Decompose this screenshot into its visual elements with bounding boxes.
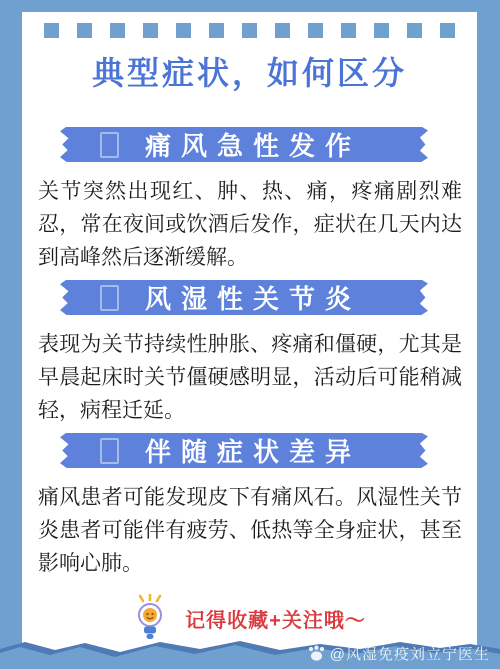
section-heading: 伴随症状差异 — [145, 432, 361, 469]
emoji-placeholder-icon — [100, 438, 119, 464]
strip-square — [143, 23, 158, 38]
strip-square — [407, 23, 422, 38]
strip-square — [341, 23, 356, 38]
section-heading: 痛风急性发作 — [145, 126, 361, 163]
strip-square — [242, 23, 257, 38]
strip-square — [176, 23, 191, 38]
watermark-text: @风湿免疫刘立宁医生 — [330, 643, 490, 664]
section-body: 关节突然出现红、肿、热、痛，疼痛剧烈难忍，常在夜间或饮酒后发作，症状在几天内达到… — [38, 175, 462, 274]
emoji-placeholder-icon — [100, 285, 119, 311]
section-heading: 风湿性关节炎 — [145, 279, 361, 316]
cta-text: 记得收藏+关注哦～ — [185, 604, 366, 633]
section-banner-gout-attack: 痛风急性发作 — [60, 127, 428, 162]
watermark: @风湿免疫刘立宁医生 — [307, 643, 490, 664]
section-banner-rheumatic-arthritis: 风湿性关节炎 — [60, 280, 428, 315]
section-banner-accompanying-symptoms: 伴随症状差异 — [60, 433, 428, 468]
poster-card: 典型症状，如何区分 痛风急性发作 关节突然出现红、肿、热、痛，疼痛剧烈难忍，常在… — [22, 12, 477, 652]
film-strip-dots — [22, 12, 477, 38]
emoji-placeholder-icon — [100, 132, 119, 158]
strip-square — [374, 23, 389, 38]
section-body: 痛风患者可能发现皮下有痛风石。风湿性关节炎患者可能伴有疲劳、低热等全身症状，甚至… — [38, 481, 462, 580]
strip-square — [275, 23, 290, 38]
strip-square — [77, 23, 92, 38]
strip-square — [440, 23, 455, 38]
strip-square — [308, 23, 323, 38]
section-body: 表现为关节持续性肿胀、疼痛和僵硬，尤其是早晨起床时关节僵硬感明显，活动后可能稍减… — [38, 328, 462, 427]
paw-icon — [307, 645, 326, 662]
strip-square — [110, 23, 125, 38]
strip-square — [209, 23, 224, 38]
strip-square — [44, 23, 59, 38]
page-title: 典型症状，如何区分 — [22, 53, 477, 93]
